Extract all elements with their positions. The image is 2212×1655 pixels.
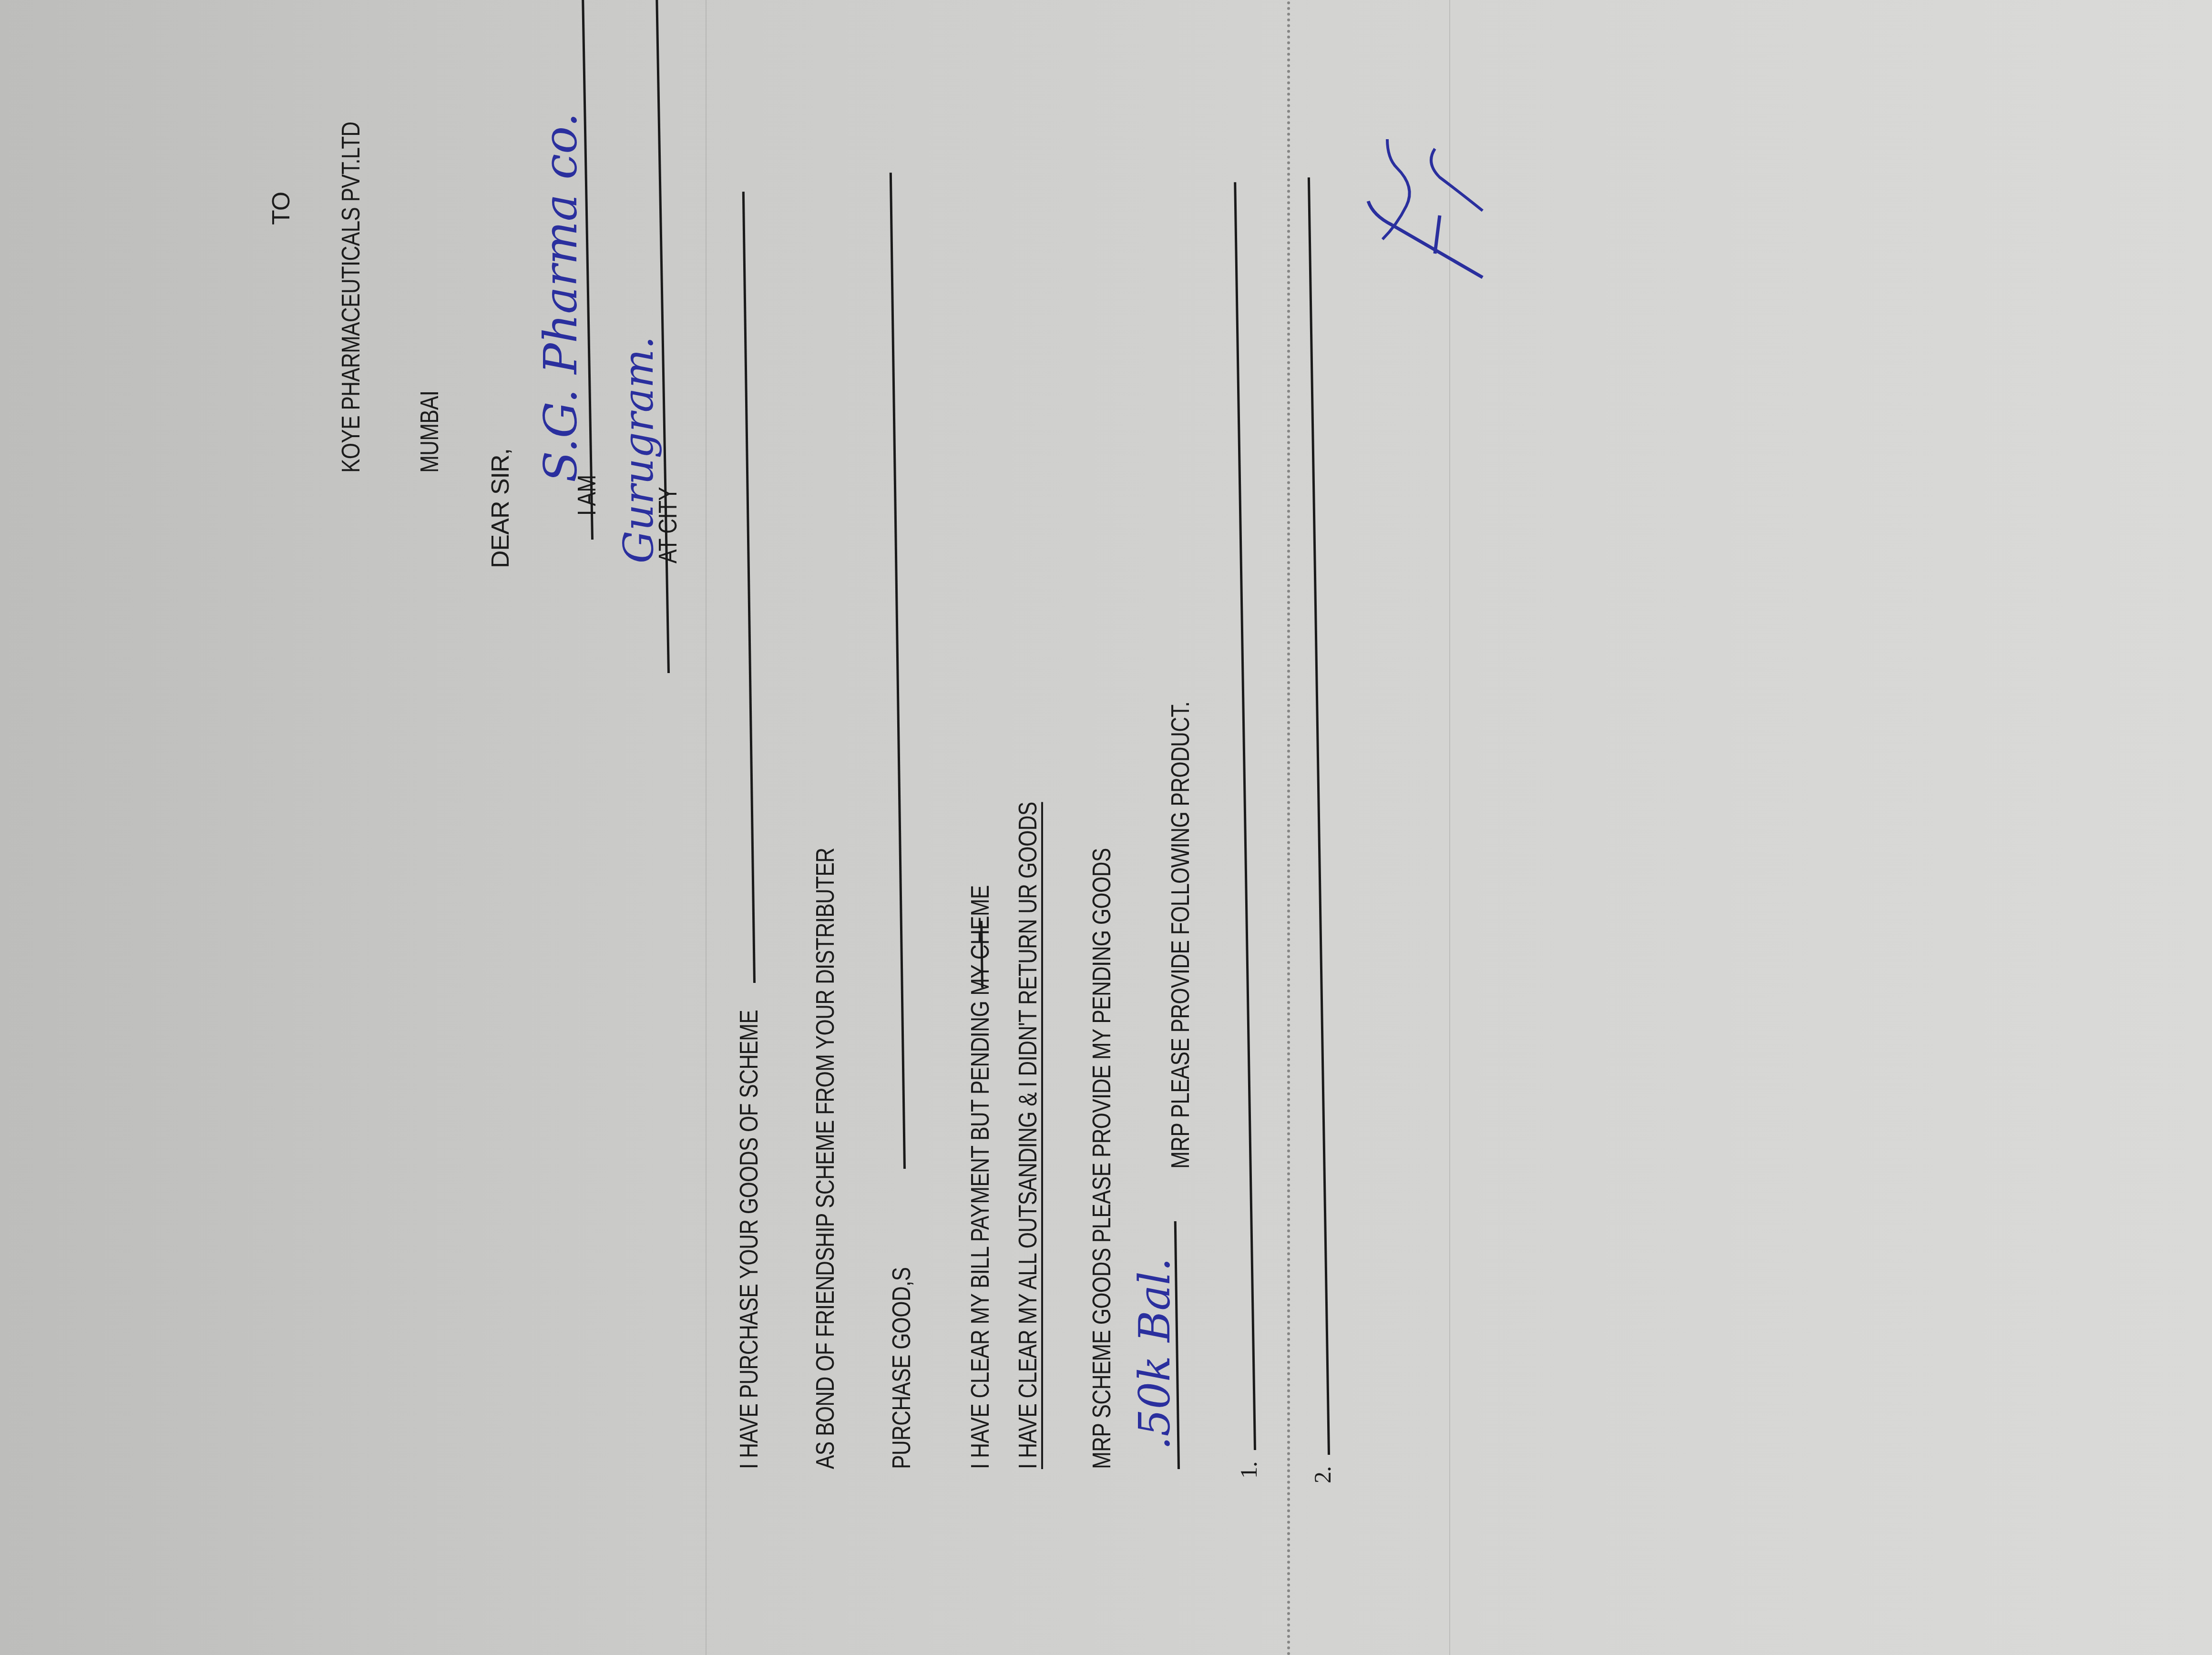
product-2-number: 2.	[1309, 1467, 1336, 1484]
purchase-goods-underline	[890, 173, 906, 1169]
mrp-value-field[interactable]: .50k Bal.	[1130, 1258, 1180, 1450]
body-line-2: AS BOND OF FRIENDSHIP SCHEME FROM YOUR D…	[810, 848, 840, 1469]
perforation-dots	[1287, 0, 1290, 1655]
mrp-line-text: MRP PLEASE PROVIDE FOLLOWING PRODUCT.	[1166, 702, 1195, 1169]
at-city-field[interactable]: Gurugram.	[615, 336, 663, 563]
paper-fold	[706, 0, 707, 1655]
i-am-field[interactable]: S.G. Pharma co.	[534, 112, 587, 482]
body-line-6: MRP SCHEME GOODS PLEASE PROVIDE MY PENDI…	[1087, 848, 1116, 1469]
greeting: DEAR SIR,	[486, 449, 515, 568]
signature-mark	[1363, 130, 1497, 282]
addressee-name: KOYE PHARMACEUTICALS PVT.LTD	[336, 122, 366, 473]
addressee-city: MUMBAI	[415, 391, 444, 473]
body-line-3: PURCHASE GOOD,S	[887, 1267, 916, 1469]
product-1-number: 1.	[1235, 1462, 1262, 1479]
product-2-field[interactable]	[1308, 177, 1330, 1455]
body-line-5: I HAVE CLEAR MY ALL OUTSANDING & I DIDN'…	[1013, 802, 1043, 1469]
scheme-underline	[742, 192, 756, 983]
body-line-4: I HAVE CLEAR MY BILL PAYMENT BUT PENDING…	[965, 885, 995, 1469]
product-1-field[interactable]	[1234, 182, 1256, 1450]
to-label: TO	[267, 192, 296, 225]
letter-page: TO KOYE PHARMACEUTICALS PVT.LTD MUMBAI D…	[0, 0, 2212, 1655]
body-line-1: I HAVE PURCHASE YOUR GOODS OF SCHEME	[734, 1010, 764, 1469]
